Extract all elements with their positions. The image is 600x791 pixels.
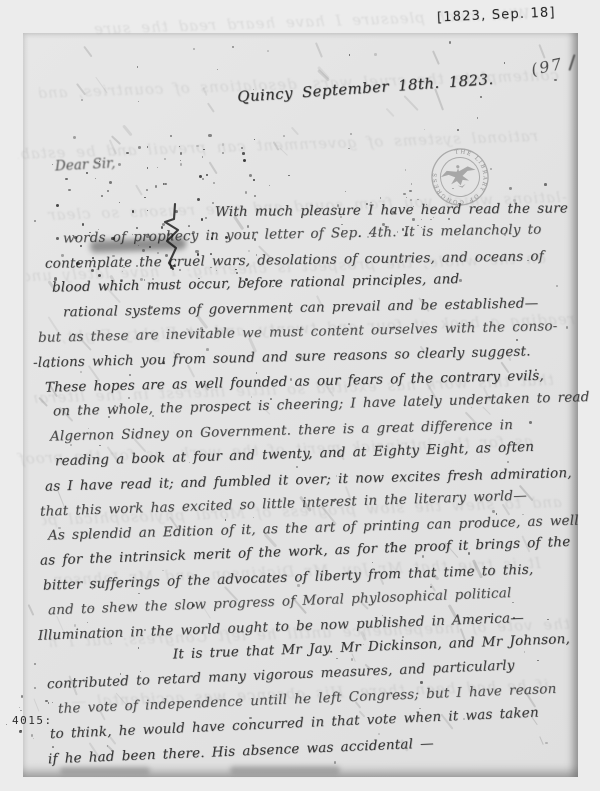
noise-dot	[19, 730, 22, 733]
noise-dot	[19, 707, 20, 708]
eagle-icon	[439, 162, 478, 192]
scan-smear	[60, 767, 150, 774]
scan-smear	[230, 766, 340, 774]
catalog-number: 4015:	[12, 714, 53, 727]
archival-date-annotation: [1823, Sep. 18]	[437, 5, 556, 25]
noise-dot	[6, 724, 7, 725]
letter-salutation: Dear Sir,	[55, 155, 116, 174]
scanned-letter-page: With much pleasure I have heard read the…	[0, 0, 600, 791]
noise-dot	[20, 730, 21, 731]
noise-dot	[20, 710, 22, 712]
letter-body: With much pleasure I have heard read the…	[33, 202, 575, 772]
ink-scribble	[160, 201, 188, 273]
